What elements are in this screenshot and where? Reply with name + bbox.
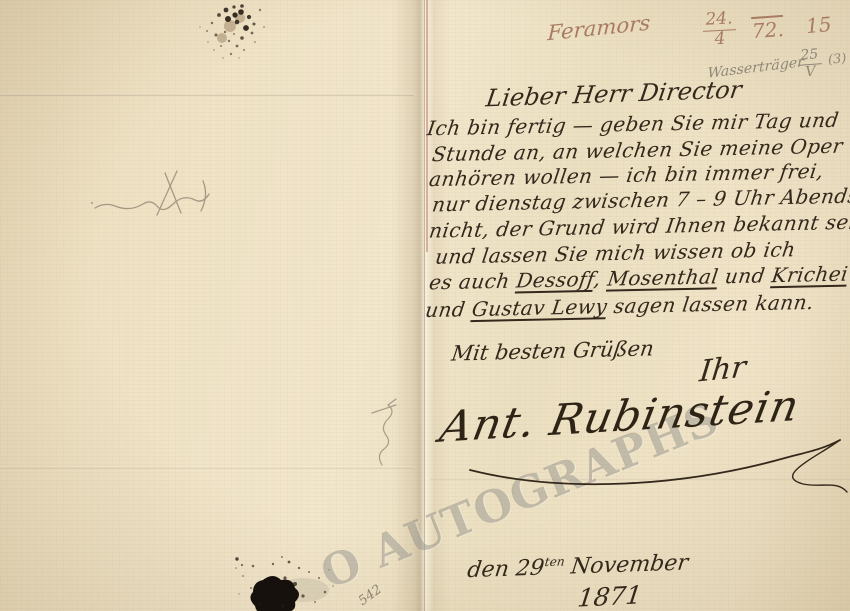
letter-year: 1871 [576, 580, 644, 611]
ink-speck-cluster [232, 555, 250, 573]
pencil-scribble-left-page [85, 163, 225, 223]
date-superscript: ten [544, 554, 566, 569]
fraction-denominator: V [805, 64, 816, 79]
annotation-date-fraction-gray: 25 V [797, 47, 823, 80]
body-text: und [717, 263, 774, 288]
letter-date: den 29ten November [466, 550, 690, 583]
annotation-page-number: 15 [805, 12, 832, 38]
body-text: und [424, 297, 474, 322]
crease-left-top [0, 93, 414, 96]
letter-valediction: Ihr [698, 350, 748, 390]
underlined-name-krichei: Krichei [770, 262, 850, 288]
letter-closing: Mit besten Grüßen [450, 336, 655, 365]
letter-greeting: Lieber Herr Director [484, 76, 743, 113]
annotation-note: (3) [827, 51, 847, 68]
underlined-name-gustav-lewy: Gustav Lewy [470, 294, 608, 321]
fraction-numerator: 25 [797, 47, 822, 65]
annotation-date-fraction-red: 24. 4 [702, 10, 737, 49]
annotation-feramors: Feramors [547, 11, 651, 46]
pencil-scribble-vertical [362, 393, 402, 471]
body-text: sagen lassen kann. [606, 290, 816, 318]
fraction-denominator: 4 [714, 31, 726, 49]
ink-blot-top [178, 0, 288, 70]
annotation-year: 72. [751, 17, 784, 43]
letter-scan: O AUTOGRAPHS [0, 0, 850, 611]
underlined-name-mosenthal: Mosenthal [606, 264, 720, 290]
letter-body-line: und Gustav Lewy sagen lassen kann. [424, 290, 816, 322]
body-text: es auch [428, 269, 518, 295]
crease-left-bottom [0, 466, 414, 469]
underlined-name-dessoff: Dessoff [515, 267, 596, 293]
